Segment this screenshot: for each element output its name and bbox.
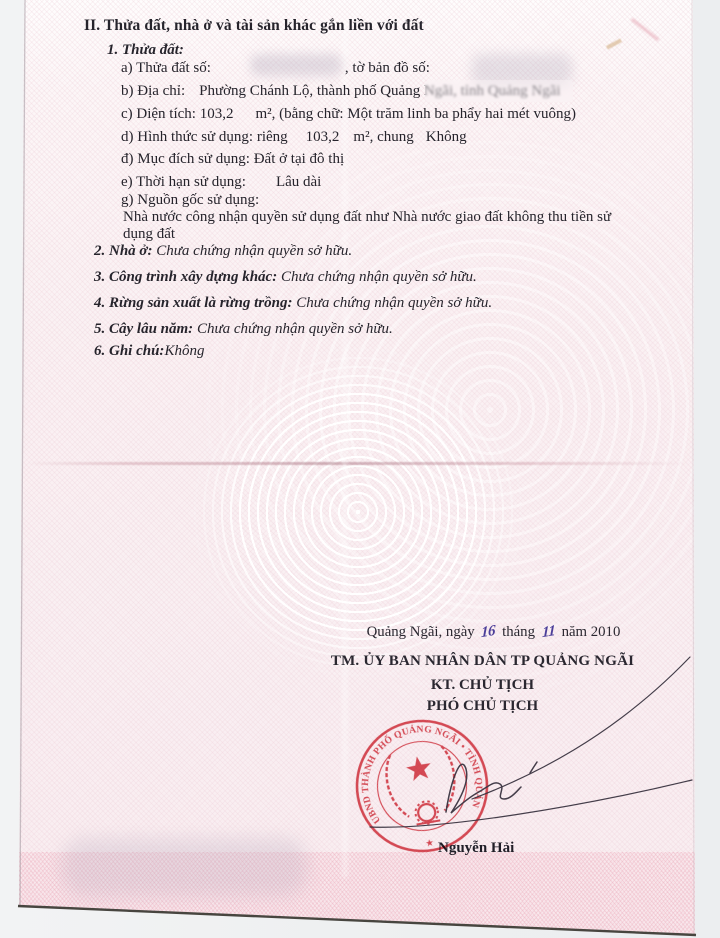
area-value: 103,2: [200, 106, 234, 122]
area-in-words: (bằng chữ: Một trăm linh ba phẩy hai mét…: [279, 106, 576, 122]
asset-value: Chưa chứng nhận quyền sở hữu.: [156, 243, 352, 259]
asset-label: 3. Công trình xây dựng khác:: [94, 269, 277, 285]
purpose-value: Đất ở tại đô thị: [254, 151, 344, 167]
area-label: c) Diện tích:: [121, 106, 196, 122]
place-date-line: Quảng Ngãi, ngày 16 tháng 11 năm 2010: [330, 624, 635, 641]
use-form-private-area: 103,2: [306, 129, 340, 145]
month-word: tháng: [502, 624, 535, 640]
use-form-private-word: riêng: [257, 129, 288, 145]
section-title: II. Thửa đất, nhà ở và tài sản khác gắn …: [84, 17, 424, 35]
tan-stain-mark: [606, 38, 622, 49]
parcel-heading: 1. Thửa đất:: [107, 42, 184, 59]
line-term: e) Thời hạn sử dụng:Lâu dài: [121, 174, 321, 191]
line-origin-value-1: Nhà nước công nhận quyền sử dụng đất như…: [123, 209, 611, 226]
use-form-common-value: Không: [426, 129, 467, 145]
term-label: e) Thời hạn sử dụng:: [121, 174, 246, 190]
asset-value: Chưa chứng nhận quyền sở hữu.: [296, 295, 492, 311]
vertical-fold-crease: [341, 20, 349, 878]
line-purpose: đ) Mục đích sử dụng: Đất ở tại đô thị: [121, 151, 344, 168]
asset-row: 3. Công trình xây dựng khác: Chưa chứng …: [94, 269, 477, 286]
guilloche-bottom-band: [0, 852, 720, 938]
signer-title-line: PHÓ CHỦ TỊCH: [330, 698, 635, 715]
address-label: b) Địa chỉ:: [121, 83, 185, 99]
asset-row: 4. Rừng sản xuất là rừng trồng: Chưa chứ…: [94, 295, 492, 312]
handwritten-day: 16: [481, 623, 495, 642]
line-parcel-number: a) Thửa đất số:, tờ bản đồ số:: [121, 60, 430, 77]
map-sheet-label: , tờ bản đồ số:: [345, 60, 430, 76]
purpose-label: đ) Mục đích sử dụng:: [121, 151, 250, 167]
parcel-number-label: a) Thửa đất số:: [121, 60, 211, 76]
signature-block: Quảng Ngãi, ngày 16 tháng 11 năm 2010 TM…: [330, 624, 635, 715]
scanned-land-certificate-page: { "page": { "section_title": "II. Thửa đ…: [0, 0, 720, 938]
asset-row: 2. Nhà ở: Chưa chứng nhận quyền sở hữu.: [94, 243, 352, 260]
asset-value: Không: [164, 343, 204, 359]
deputy-line: KT. CHỦ TỊCH: [330, 677, 635, 694]
line-address: b) Địa chỉ:Phường Chánh Lộ, thành phố Qu…: [121, 83, 561, 100]
date-prefix: Quảng Ngãi, ngày: [367, 624, 475, 640]
redaction-blur-map-sheet: [472, 54, 572, 86]
asset-row: 6. Ghi chú:Không: [94, 343, 204, 360]
signer-name: Nguyễn Hải: [438, 840, 514, 857]
line-origin-value-2: dụng đất: [123, 226, 175, 243]
pink-scratch-mark: [631, 18, 660, 41]
certificate-paper: II. Thửa đất, nhà ở và tài sản khác gắn …: [0, 0, 720, 938]
origin-label: g) Nguồn gốc sử dụng:: [121, 192, 259, 208]
authority-line: TM. ỦY BAN NHÂN DÂN TP QUẢNG NGÃI: [330, 653, 635, 670]
area-unit: m²,: [255, 106, 275, 122]
line-origin-label: g) Nguồn gốc sử dụng:: [121, 192, 259, 209]
asset-value: Chưa chứng nhận quyền sở hữu.: [197, 321, 393, 337]
line-use-form: d) Hình thức sử dụng: riêng103,2m², chun…: [121, 129, 467, 146]
address-value: Phường Chánh Lộ, thành phố Quảng Ngãi, t…: [199, 83, 560, 99]
asset-label: 4. Rừng sản xuất là rừng trồng:: [94, 295, 292, 311]
use-form-common-label: m², chung: [353, 129, 413, 145]
asset-label: 2. Nhà ở:: [94, 243, 152, 259]
handwritten-month: 11: [542, 623, 555, 642]
asset-label: 6. Ghi chú:: [94, 343, 164, 359]
use-form-label: d) Hình thức sử dụng:: [121, 129, 253, 145]
asset-row: 5. Cây lâu năm: Chưa chứng nhận quyền sở…: [94, 321, 393, 338]
asset-value: Chưa chứng nhận quyền sở hữu.: [281, 269, 477, 285]
asset-label: 5. Cây lâu năm:: [94, 321, 193, 337]
horizontal-fold-crease: [26, 462, 690, 465]
line-area: c) Diện tích: 103,2m², (bằng chữ: Một tr…: [121, 106, 576, 123]
year-word: năm 2010: [562, 624, 621, 640]
term-value: Lâu dài: [276, 174, 321, 190]
